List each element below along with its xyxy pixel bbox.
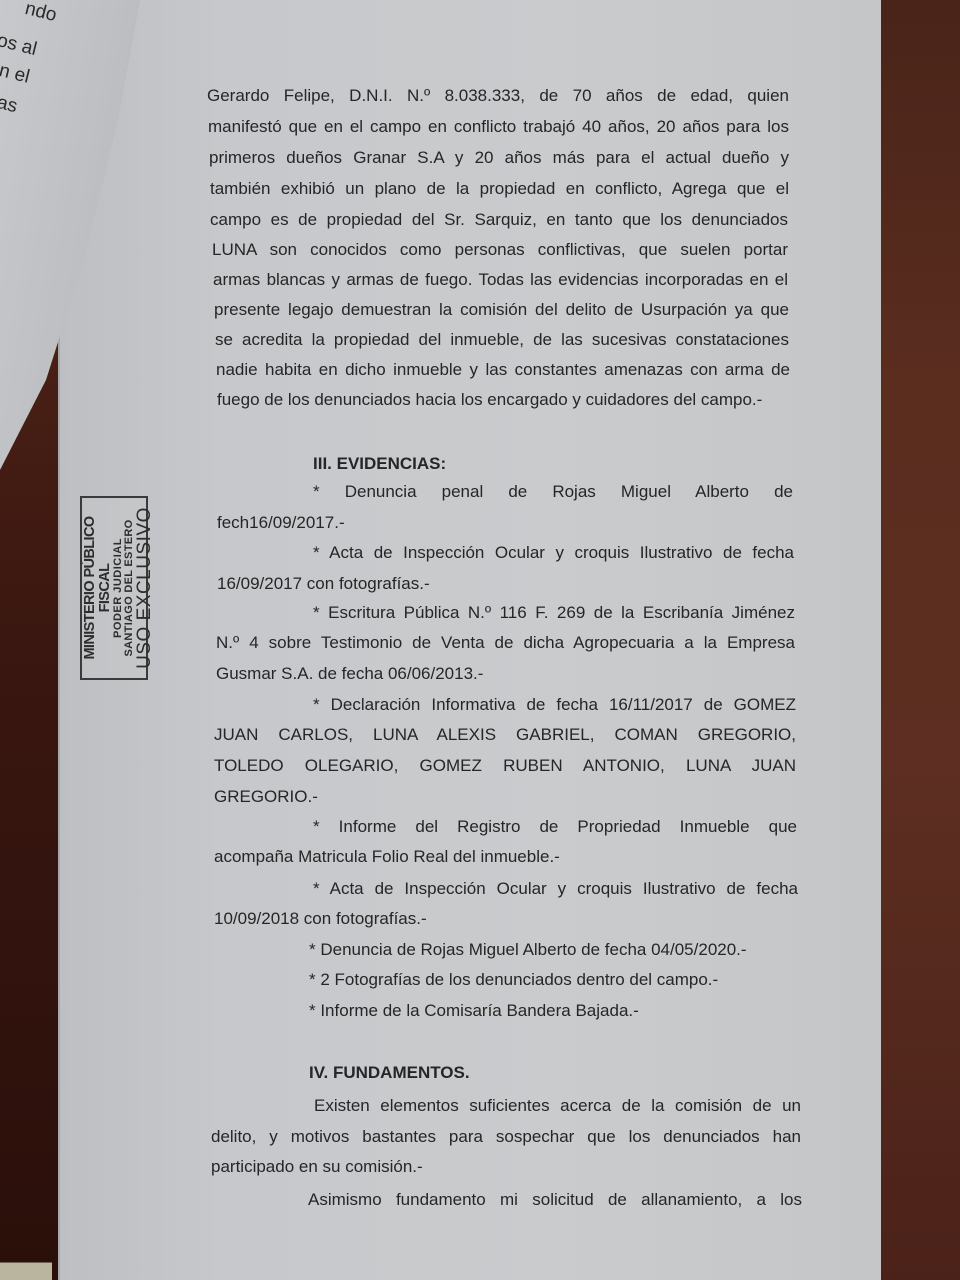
evidence-line: JUAN CARLOS, LUNA ALEXIS GABRIEL, COMAN … — [214, 725, 796, 745]
evidence-line: Gusmar S.A. de fecha 06/06/2013.- — [216, 664, 795, 684]
evidence-line: TOLEDO OLEGARIO, GOMEZ RUBEN ANTONIO, LU… — [214, 756, 796, 776]
evidence-line: * Informe de la Comisaría Bandera Bajada… — [309, 1001, 789, 1021]
paragraph-line: Gerardo Felipe, D.N.I. N.º 8.038.333, de… — [207, 86, 789, 106]
paragraph-line: participado en su comisión.- — [211, 1157, 801, 1177]
paragraph-line: LUNA son conocidos como personas conflic… — [212, 240, 788, 260]
paragraph-line: nadie habita en dicho inmueble y las con… — [216, 360, 790, 380]
evidence-line: GREGORIO.- — [214, 787, 796, 807]
paragraph-line: presente legajo demuestran la comisión d… — [214, 300, 789, 320]
evidence-line: * Denuncia de Rojas Miguel Alberto de fe… — [309, 940, 789, 960]
evidence-line: * Acta de Inspección Ocular y croquis Il… — [313, 543, 794, 563]
evidence-line: * 2 Fotografías de los denunciados dentr… — [309, 970, 789, 990]
evidence-line: 10/09/2018 con fotografías.- — [214, 909, 798, 929]
paragraph-line: primeros dueños Granar S.A y 20 años más… — [209, 148, 789, 168]
evidence-line: N.º 4 sobre Testimonio de Venta de dicha… — [216, 633, 795, 653]
document-body: Gerardo Felipe, D.N.I. N.º 8.038.333, de… — [0, 0, 960, 1280]
paragraph-line: se acredita la propiedad del inmueble, d… — [215, 330, 789, 350]
paragraph-line: Existen elementos suficientes acerca de … — [314, 1096, 801, 1116]
section-heading-evidencias: III. EVIDENCIAS: — [313, 454, 446, 474]
evidence-line: acompaña Matricula Folio Real del inmueb… — [214, 847, 797, 867]
evidence-line: * Denuncia penal de Rojas Miguel Alberto… — [313, 482, 793, 502]
section-heading-fundamentos: IV. FUNDAMENTOS. — [309, 1063, 470, 1083]
paragraph-line: también exhibió un plano de la propiedad… — [210, 179, 789, 199]
paragraph-line: fuego de los denunciados hacia los encar… — [217, 390, 790, 410]
paragraph-line: armas blancas y armas de fuego. Todas la… — [213, 270, 788, 290]
evidence-line: 16/09/2017 con fotografías.- — [217, 574, 793, 594]
paragraph-line: Asimismo fundamento mi solicitud de alla… — [308, 1190, 802, 1210]
evidence-line: * Acta de Inspección Ocular y croquis Il… — [313, 879, 798, 899]
evidence-line: * Informe del Registro de Propriedad Inm… — [313, 817, 797, 837]
evidence-line: * Declaración Informativa de fecha 16/11… — [313, 695, 796, 715]
paragraph-line: manifestó que en el campo en conflicto t… — [208, 117, 789, 137]
evidence-line: * Escritura Pública N.º 116 F. 269 de la… — [313, 603, 795, 623]
paragraph-line: campo es de propiedad del Sr. Sarquiz, e… — [210, 210, 788, 230]
evidence-line: fech16/09/2017.- — [217, 513, 793, 533]
paragraph-line: delito, y motivos bastantes para sospech… — [211, 1127, 801, 1147]
